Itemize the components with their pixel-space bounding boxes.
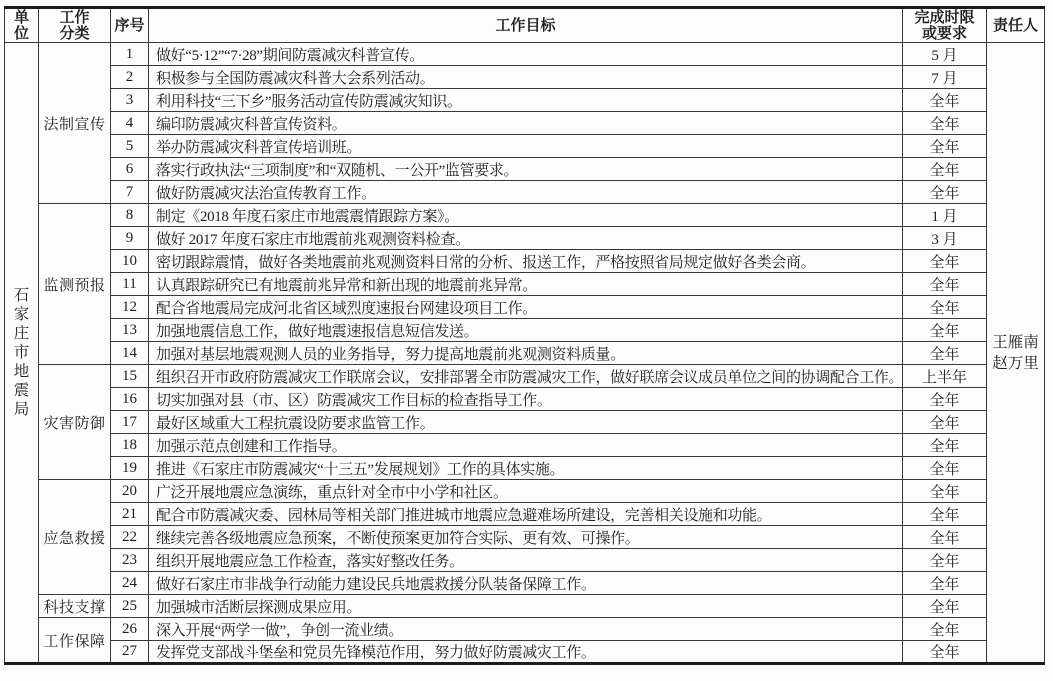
table-row: 12配合省地震局完成河北省区域烈度速报台网建设项目工作。全年 bbox=[5, 296, 1045, 319]
deadline-text: 1 月 bbox=[903, 204, 987, 227]
table-row: 6落实行政执法“三项制度”和“双随机、一公开”监管要求。全年 bbox=[5, 158, 1045, 181]
goal-text: 做好 2017 年度石家庄市地震前兆观测资料检查。 bbox=[149, 227, 903, 250]
unit-name-char: 庄 bbox=[14, 326, 30, 342]
unit-name-char: 石 bbox=[14, 288, 30, 304]
deadline-text: 全年 bbox=[903, 480, 987, 503]
category-cell: 灾害防御 bbox=[39, 365, 111, 480]
row-number: 6 bbox=[111, 158, 149, 181]
goal-text: 加强对基层地震观测人员的业务指导，努力提高地震前兆观测资料质量。 bbox=[149, 342, 903, 365]
row-number: 7 bbox=[111, 181, 149, 204]
unit-name-char: 市 bbox=[14, 345, 30, 361]
deadline-text: 全年 bbox=[903, 388, 987, 411]
category-cell: 科技支撑 bbox=[39, 595, 111, 618]
row-number: 10 bbox=[111, 250, 149, 273]
table-row: 24做好石家庄市非战争行动能力建设民兵地震救援分队装备保障工作。全年 bbox=[5, 572, 1045, 595]
goal-text: 积极参与全国防震减灾科普大会系列活动。 bbox=[149, 66, 903, 89]
header-row: 单位 工作 分类 序号 工作目标 完成时限 或要求 责任人 bbox=[5, 8, 1045, 43]
table-row: 石家庄市地震局法制宣传1做好“5·12”“7·28”期间防震减灾科普宣传。5 月… bbox=[5, 43, 1045, 66]
table-row: 监测预报8制定《2018 年度石家庄市地震震情跟踪方案》。1 月 bbox=[5, 204, 1045, 227]
table-row: 21配合市防震减灾委、园林局等相关部门推进城市地震应急避难场所建设，完善相关设施… bbox=[5, 503, 1045, 526]
goal-text: 组织开展地震应急工作检查，落实好整改任务。 bbox=[149, 549, 903, 572]
row-number: 23 bbox=[111, 549, 149, 572]
unit-cell: 石家庄市地震局 bbox=[5, 43, 39, 664]
table-row: 9做好 2017 年度石家庄市地震前兆观测资料检查。3 月 bbox=[5, 227, 1045, 250]
row-number: 20 bbox=[111, 480, 149, 503]
table-row: 22继续完善各级地震应急预案，不断使预案更加符合实际、更有效、可操作。全年 bbox=[5, 526, 1045, 549]
table-row: 14加强对基层地震观测人员的业务指导，努力提高地震前兆观测资料质量。全年 bbox=[5, 342, 1045, 365]
work-plan-table: 单位 工作 分类 序号 工作目标 完成时限 或要求 责任人 石家庄市地震局法制宣… bbox=[4, 6, 1045, 665]
deadline-text: 全年 bbox=[903, 319, 987, 342]
goal-text: 配合省地震局完成河北省区域烈度速报台网建设项目工作。 bbox=[149, 296, 903, 319]
table-row: 7做好防震减灾法治宣传教育工作。全年 bbox=[5, 181, 1045, 204]
row-number: 8 bbox=[111, 204, 149, 227]
row-number: 5 bbox=[111, 135, 149, 158]
goal-text: 推进《石家庄市防震减灾“十三五”发展规划》工作的具体实施。 bbox=[149, 457, 903, 480]
deadline-text: 全年 bbox=[903, 250, 987, 273]
table-row: 19推进《石家庄市防震减灾“十三五”发展规划》工作的具体实施。全年 bbox=[5, 457, 1045, 480]
table-row: 3利用科技“三下乡”服务活动宣传防震减灾知识。全年 bbox=[5, 89, 1045, 112]
table-body: 石家庄市地震局法制宣传1做好“5·12”“7·28”期间防震减灾科普宣传。5 月… bbox=[5, 43, 1045, 664]
table-row: 工作保障26深入开展“两学一做”，争创一流业绩。全年 bbox=[5, 618, 1045, 641]
row-number: 14 bbox=[111, 342, 149, 365]
table-row: 13加强地震信息工作，做好地震速报信息短信发送。全年 bbox=[5, 319, 1045, 342]
row-number: 22 bbox=[111, 526, 149, 549]
goal-text: 切实加强对县（市、区）防震减灾工作目标的检查指导工作。 bbox=[149, 388, 903, 411]
responsible-name: 王雁南 bbox=[988, 332, 1043, 353]
header-goal: 工作目标 bbox=[149, 8, 903, 43]
header-category: 工作 分类 bbox=[39, 8, 111, 43]
table-row: 灾害防御15组织召开市政府防震减灾工作联席会议，安排部署全市防震减灾工作，做好联… bbox=[5, 365, 1045, 388]
goal-text: 加强地震信息工作，做好地震速报信息短信发送。 bbox=[149, 319, 903, 342]
row-number: 16 bbox=[111, 388, 149, 411]
deadline-text: 7 月 bbox=[903, 66, 987, 89]
row-number: 4 bbox=[111, 112, 149, 135]
table-row: 4编印防震减灾科普宣传资料。全年 bbox=[5, 112, 1045, 135]
goal-text: 做好防震减灾法治宣传教育工作。 bbox=[149, 181, 903, 204]
goal-text: 最好区域重大工程抗震设防要求监管工作。 bbox=[149, 411, 903, 434]
deadline-text: 全年 bbox=[903, 89, 987, 112]
goal-text: 利用科技“三下乡”服务活动宣传防震减灾知识。 bbox=[149, 89, 903, 112]
row-number: 19 bbox=[111, 457, 149, 480]
header-deadline: 完成时限 或要求 bbox=[903, 8, 987, 43]
row-number: 11 bbox=[111, 273, 149, 296]
unit-name-char: 地 bbox=[14, 364, 30, 380]
deadline-text: 5 月 bbox=[903, 43, 987, 66]
goal-text: 做好“5·12”“7·28”期间防震减灾科普宣传。 bbox=[149, 43, 903, 66]
unit-name: 石家庄市地震局 bbox=[5, 288, 38, 418]
responsible-name: 赵万里 bbox=[988, 353, 1043, 374]
row-number: 24 bbox=[111, 572, 149, 595]
category-cell: 应急救援 bbox=[39, 480, 111, 595]
deadline-text: 全年 bbox=[903, 549, 987, 572]
deadline-text: 全年 bbox=[903, 342, 987, 365]
row-number: 13 bbox=[111, 319, 149, 342]
header-responsible: 责任人 bbox=[987, 8, 1045, 43]
deadline-text: 全年 bbox=[903, 434, 987, 457]
goal-text: 组织召开市政府防震减灾工作联席会议，安排部署全市防震减灾工作，做好联席会议成员单… bbox=[149, 365, 903, 388]
document-page: 单位 工作 分类 序号 工作目标 完成时限 或要求 责任人 石家庄市地震局法制宣… bbox=[0, 0, 1053, 681]
table-row: 27发挥党支部战斗堡垒和党员先锋模范作用，努力做好防震减灾工作。全年 bbox=[5, 641, 1045, 664]
category-cell: 法制宣传 bbox=[39, 43, 111, 204]
goal-text: 落实行政执法“三项制度”和“双随机、一公开”监管要求。 bbox=[149, 158, 903, 181]
table-row: 2积极参与全国防震减灾科普大会系列活动。7 月 bbox=[5, 66, 1045, 89]
deadline-text: 全年 bbox=[903, 572, 987, 595]
deadline-text: 全年 bbox=[903, 526, 987, 549]
goal-text: 配合市防震减灾委、园林局等相关部门推进城市地震应急避难场所建设，完善相关设施和功… bbox=[149, 503, 903, 526]
category-cell: 工作保障 bbox=[39, 618, 111, 664]
deadline-text: 3 月 bbox=[903, 227, 987, 250]
goal-text: 加强示范点创建和工作指导。 bbox=[149, 434, 903, 457]
deadline-text: 全年 bbox=[903, 618, 987, 641]
table-row: 10密切跟踪震情，做好各类地震前兆观测资料日常的分析、报送工作，严格按照省局规定… bbox=[5, 250, 1045, 273]
goal-text: 继续完善各级地震应急预案，不断使预案更加符合实际、更有效、可操作。 bbox=[149, 526, 903, 549]
row-number: 1 bbox=[111, 43, 149, 66]
deadline-text: 上半年 bbox=[903, 365, 987, 388]
goal-text: 广泛开展地震应急演练，重点针对全市中小学和社区。 bbox=[149, 480, 903, 503]
table-row: 11认真跟踪研究已有地震前兆异常和新出现的地震前兆异常。全年 bbox=[5, 273, 1045, 296]
deadline-text: 全年 bbox=[903, 181, 987, 204]
header-unit: 单位 bbox=[5, 8, 39, 43]
row-number: 18 bbox=[111, 434, 149, 457]
deadline-text: 全年 bbox=[903, 158, 987, 181]
goal-text: 制定《2018 年度石家庄市地震震情跟踪方案》。 bbox=[149, 204, 903, 227]
goal-text: 深入开展“两学一做”，争创一流业绩。 bbox=[149, 618, 903, 641]
table-row: 18加强示范点创建和工作指导。全年 bbox=[5, 434, 1045, 457]
category-cell: 监测预报 bbox=[39, 204, 111, 365]
table-row: 16切实加强对县（市、区）防震减灾工作目标的检查指导工作。全年 bbox=[5, 388, 1045, 411]
deadline-text: 全年 bbox=[903, 595, 987, 618]
row-number: 26 bbox=[111, 618, 149, 641]
deadline-text: 全年 bbox=[903, 273, 987, 296]
row-number: 25 bbox=[111, 595, 149, 618]
header-number: 序号 bbox=[111, 8, 149, 43]
responsible-cell: 王雁南赵万里 bbox=[987, 43, 1045, 664]
row-number: 12 bbox=[111, 296, 149, 319]
row-number: 3 bbox=[111, 89, 149, 112]
row-number: 21 bbox=[111, 503, 149, 526]
goal-text: 发挥党支部战斗堡垒和党员先锋模范作用，努力做好防震减灾工作。 bbox=[149, 641, 903, 664]
table-row: 17最好区域重大工程抗震设防要求监管工作。全年 bbox=[5, 411, 1045, 434]
row-number: 15 bbox=[111, 365, 149, 388]
unit-name-char: 家 bbox=[14, 307, 30, 323]
deadline-text: 全年 bbox=[903, 411, 987, 434]
unit-name-char: 局 bbox=[14, 402, 30, 418]
table-row: 23组织开展地震应急工作检查，落实好整改任务。全年 bbox=[5, 549, 1045, 572]
table-row: 5举办防震减灾科普宣传培训班。全年 bbox=[5, 135, 1045, 158]
table-row: 应急救援20广泛开展地震应急演练，重点针对全市中小学和社区。全年 bbox=[5, 480, 1045, 503]
goal-text: 密切跟踪震情，做好各类地震前兆观测资料日常的分析、报送工作，严格按照省局规定做好… bbox=[149, 250, 903, 273]
goal-text: 认真跟踪研究已有地震前兆异常和新出现的地震前兆异常。 bbox=[149, 273, 903, 296]
goal-text: 举办防震减灾科普宣传培训班。 bbox=[149, 135, 903, 158]
row-number: 17 bbox=[111, 411, 149, 434]
row-number: 9 bbox=[111, 227, 149, 250]
row-number: 27 bbox=[111, 641, 149, 664]
deadline-text: 全年 bbox=[903, 503, 987, 526]
goal-text: 做好石家庄市非战争行动能力建设民兵地震救援分队装备保障工作。 bbox=[149, 572, 903, 595]
deadline-text: 全年 bbox=[903, 457, 987, 480]
goal-text: 加强城市活断层探测成果应用。 bbox=[149, 595, 903, 618]
table-row: 科技支撑25加强城市活断层探测成果应用。全年 bbox=[5, 595, 1045, 618]
row-number: 2 bbox=[111, 66, 149, 89]
deadline-text: 全年 bbox=[903, 296, 987, 319]
goal-text: 编印防震减灾科普宣传资料。 bbox=[149, 112, 903, 135]
unit-name-char: 震 bbox=[14, 383, 30, 399]
deadline-text: 全年 bbox=[903, 112, 987, 135]
deadline-text: 全年 bbox=[903, 135, 987, 158]
deadline-text: 全年 bbox=[903, 641, 987, 664]
